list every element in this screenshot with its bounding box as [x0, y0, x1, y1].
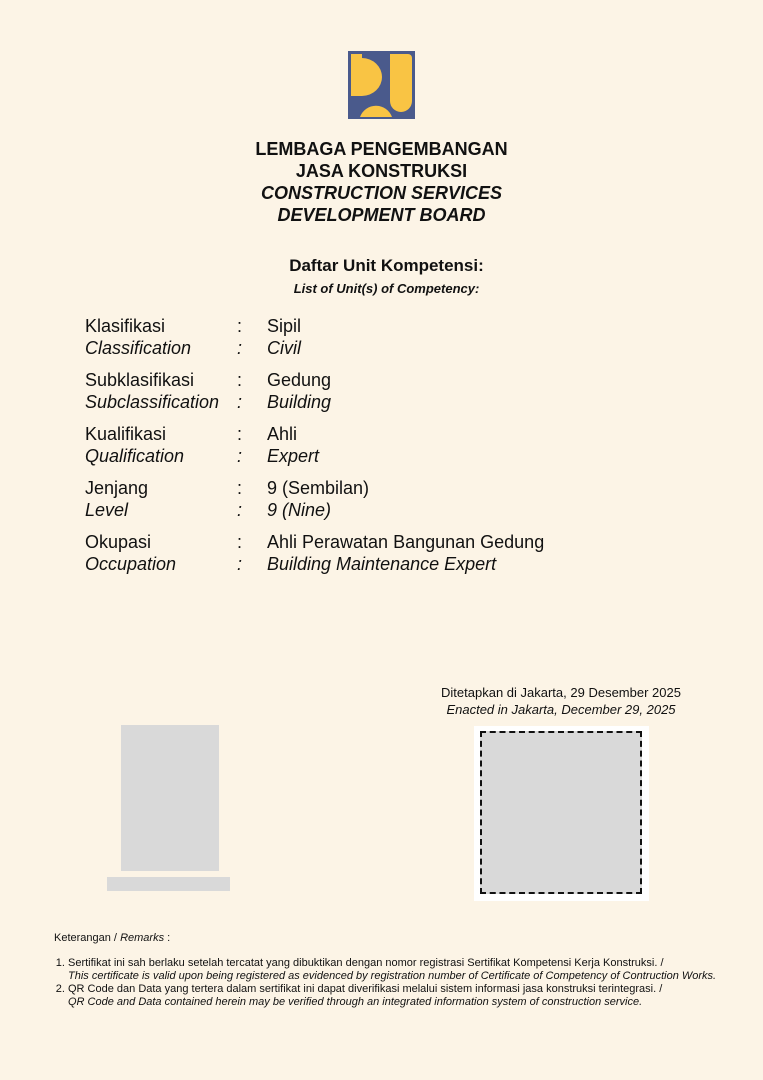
field-label-en: Qualification — [85, 445, 237, 467]
field-value-en: 9 (Nine) — [267, 499, 331, 521]
field-value-en: Expert — [267, 445, 319, 467]
org-name-line1: LEMBAGA PENGEMBANGAN — [0, 138, 763, 160]
field-value: Gedung — [267, 369, 331, 391]
photo-placeholder — [121, 725, 219, 871]
field-level: Jenjang:9 (Sembilan) Level:9 (Nine) — [85, 477, 544, 521]
field-value: Sipil — [267, 315, 301, 337]
field-value: Ahli — [267, 423, 297, 445]
org-name-line2: JASA KONSTRUKSI — [0, 160, 763, 182]
org-name-en-line1: CONSTRUCTION SERVICES — [0, 182, 763, 204]
qr-code-icon — [480, 731, 642, 894]
field-subclassification: Subklasifikasi:Gedung Subclassification:… — [85, 369, 544, 413]
field-value: 9 (Sembilan) — [267, 477, 369, 499]
enacted-en: Enacted in Jakarta, December 29, 2025 — [420, 701, 702, 718]
field-label-en: Level — [85, 499, 237, 521]
field-label: Kualifikasi — [85, 423, 237, 445]
remarks-title: Keterangan / Remarks : — [54, 932, 734, 945]
field-label-en: Classification — [85, 337, 237, 359]
org-name-en-line2: DEVELOPMENT BOARD — [0, 204, 763, 226]
field-value-en: Civil — [267, 337, 301, 359]
field-value: Ahli Perawatan Bangunan Gedung — [267, 531, 544, 553]
field-classification: Klasifikasi:Sipil Classification:Civil — [85, 315, 544, 359]
remark-item: QR Code dan Data yang tertera dalam sert… — [68, 983, 734, 1009]
field-qualification: Kualifikasi:Ahli Qualification:Expert — [85, 423, 544, 467]
field-label-en: Subclassification — [85, 391, 237, 413]
pu-logo-icon — [348, 51, 415, 119]
field-label: Klasifikasi — [85, 315, 237, 337]
list-title-en: List of Unit(s) of Competency: — [0, 281, 763, 296]
competency-fields: Klasifikasi:Sipil Classification:Civil S… — [85, 315, 544, 585]
field-value-en: Building Maintenance Expert — [267, 553, 496, 575]
list-title: Daftar Unit Kompetensi: — [0, 256, 763, 276]
field-label: Subklasifikasi — [85, 369, 237, 391]
field-label: Okupasi — [85, 531, 237, 553]
org-name: LEMBAGA PENGEMBANGAN JASA KONSTRUKSI CON… — [0, 138, 763, 226]
field-occupation: Okupasi:Ahli Perawatan Bangunan Gedung O… — [85, 531, 544, 575]
remarks: Keterangan / Remarks : Sertifikat ini sa… — [54, 932, 734, 1009]
field-label-en: Occupation — [85, 553, 237, 575]
field-value-en: Building — [267, 391, 331, 413]
name-placeholder — [107, 877, 230, 891]
field-label: Jenjang — [85, 477, 237, 499]
remark-item: Sertifikat ini sah berlaku setelah terca… — [68, 957, 734, 983]
enacted-id: Ditetapkan di Jakarta, 29 Desember 2025 — [420, 684, 702, 701]
enacted-statement: Ditetapkan di Jakarta, 29 Desember 2025 … — [420, 684, 702, 718]
